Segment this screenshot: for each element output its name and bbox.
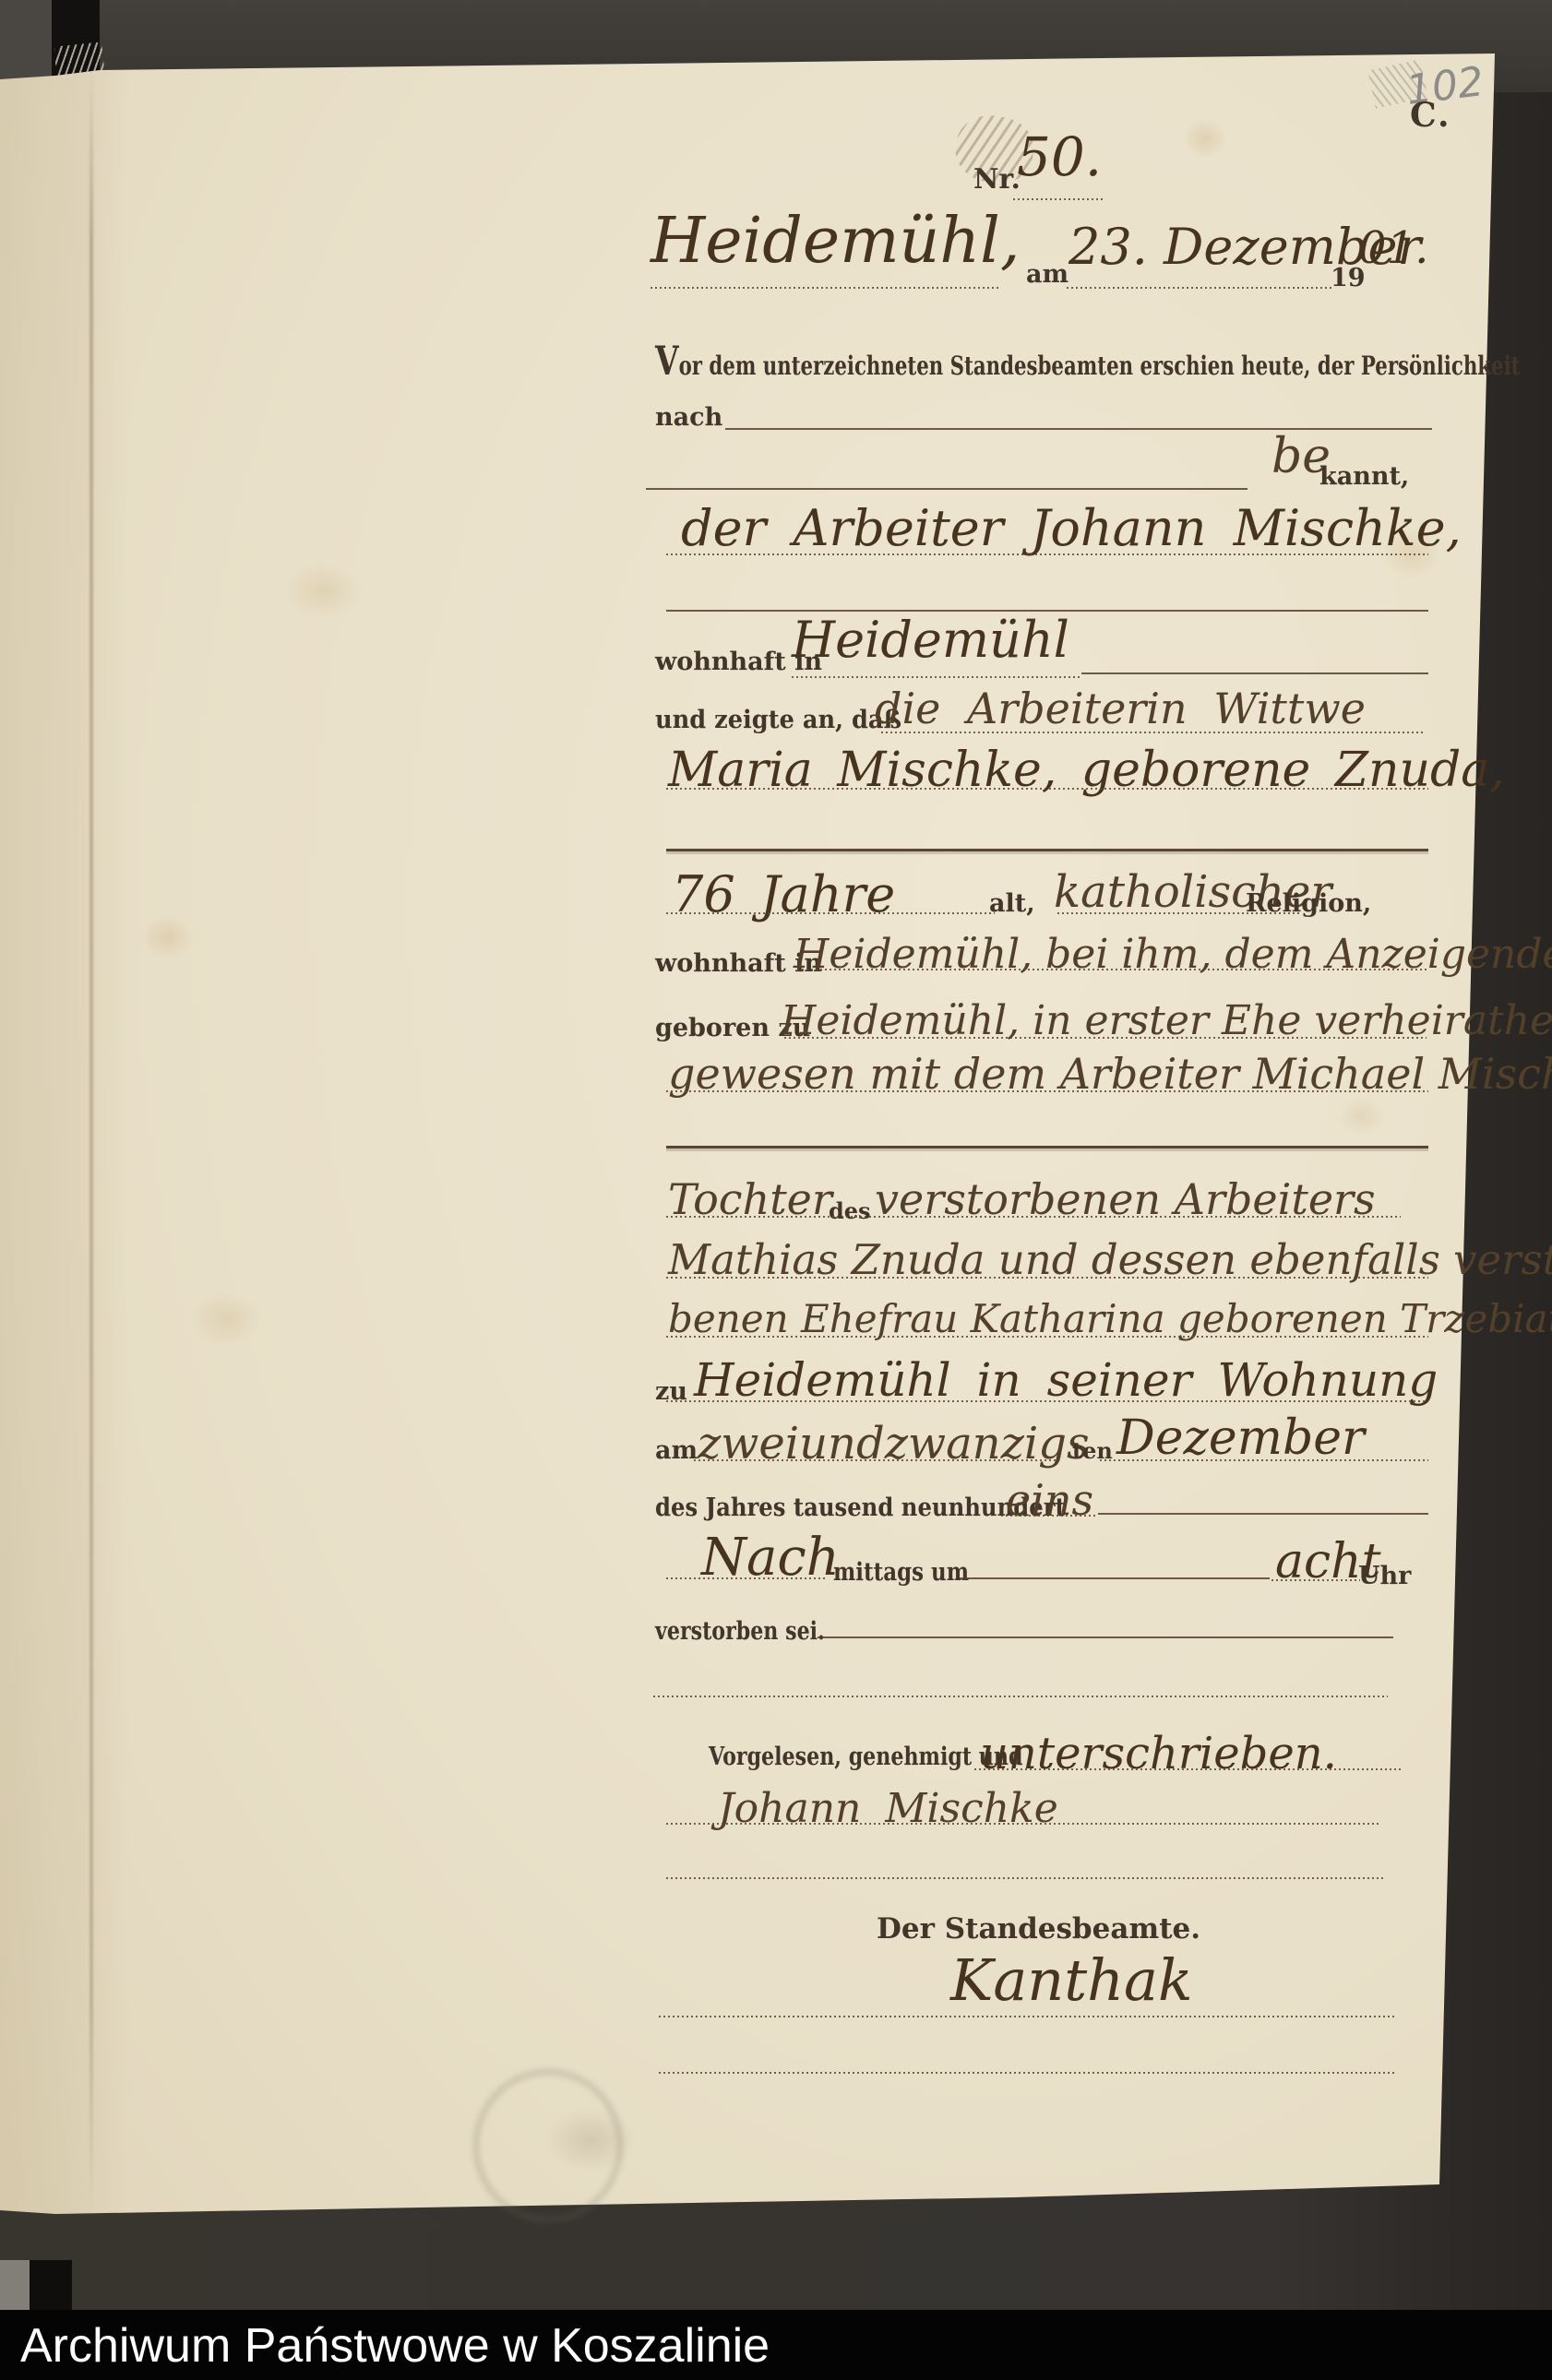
place-handwritten: Heidemühl, xyxy=(651,208,1021,274)
page-block-edge xyxy=(0,2260,30,2312)
archive-caption-text: Archiwum Państwowe w Koszalinie xyxy=(20,2314,770,2378)
rule-after-year-word xyxy=(1098,1513,1428,1515)
zeigte-an-label: und zeigte an, daß xyxy=(655,707,901,734)
religion-label: Religion, xyxy=(1246,890,1371,918)
printed-intro-line: Vor dem unterzeichneten Standesbeamten e… xyxy=(655,339,1520,384)
rule-under-parents-3 xyxy=(666,1336,1428,1338)
rule-blank-row-4 xyxy=(659,2072,1395,2074)
rule-under-marriage xyxy=(666,1090,1428,1092)
record-number-value: 50. xyxy=(1017,129,1102,185)
vorgelesen-label: Vorgelesen, genehmigt und xyxy=(709,1743,1022,1771)
parents-line2-handwritten: Mathias Znuda und dessen ebenfalls verst… xyxy=(668,1238,1552,1281)
declarant-handwritten: der Arbeiter Johann Mischke, xyxy=(681,503,1462,555)
rule-under-date xyxy=(1067,287,1332,289)
rule-under-birth xyxy=(784,1037,1427,1039)
rule-under-death-month xyxy=(1100,1459,1428,1461)
rule-after-residence-1 xyxy=(1081,672,1428,674)
rule-blank-row-2 xyxy=(653,1696,1388,1697)
kannt-label: kannt, xyxy=(1319,463,1409,491)
rule-bekannt-blank xyxy=(646,488,1248,490)
uhr-label: Uhr xyxy=(1358,1563,1411,1590)
record-number-label: Nr. xyxy=(973,164,1021,195)
rule-after-verstorben xyxy=(818,1636,1393,1638)
rule-under-death-place xyxy=(666,1400,1428,1402)
rule-under-age xyxy=(666,912,995,914)
rule-under-hour xyxy=(1271,1579,1360,1581)
rule-under-declarant xyxy=(666,553,1428,555)
page-fold-crease xyxy=(90,72,93,2210)
rule-under-deceased-1 xyxy=(881,732,1426,733)
cover-edge-shadow xyxy=(30,2260,72,2312)
book-cover-corner xyxy=(0,0,54,79)
rule-under-registrar-signature xyxy=(659,2016,1395,2017)
mittags-um-label: mittags um xyxy=(833,1559,969,1587)
faint-round-stamp xyxy=(472,2068,624,2223)
am-label: am xyxy=(1026,261,1068,289)
rule-under-declarant-signature xyxy=(666,1823,1379,1825)
alt-label: alt, xyxy=(989,890,1035,918)
rule-under-parents-2 xyxy=(666,1277,1428,1279)
rule-under-parents-1 xyxy=(666,1216,1401,1218)
death-place-handwritten: Heidemühl in seiner Wohnung xyxy=(694,1356,1438,1405)
des-label: des xyxy=(829,1199,871,1223)
death-month-handwritten: Dezember xyxy=(1116,1413,1365,1464)
am-label-2: am xyxy=(655,1437,698,1465)
section-letter: C. xyxy=(1410,98,1451,135)
registrar-signature: Kanthak xyxy=(950,1950,1193,2010)
rule-hour-blank xyxy=(960,1577,1270,1579)
rule-under-year-word xyxy=(1001,1515,1098,1517)
deceased-line1-handwritten: die Arbeiterin Wittwe xyxy=(875,686,1366,731)
scanned-death-record-page: 102 C. Nr. 50. Heidemühl, am 23. Dezembe… xyxy=(0,0,1552,2380)
year-handwritten: 01. xyxy=(1358,225,1428,271)
registrar-label: Der Standesbeamte. xyxy=(877,1913,1190,1945)
section-divider-1 xyxy=(666,849,1428,851)
verstorben-label: verstorben sei. xyxy=(655,1618,825,1646)
rule-under-death-day xyxy=(694,1459,1056,1461)
rule-blank-row-3 xyxy=(666,1877,1386,1879)
rule-under-record-number xyxy=(1013,198,1105,200)
binding-stitches xyxy=(54,42,104,79)
rule-before-mittags xyxy=(666,1577,828,1579)
section-divider-2 xyxy=(666,1146,1428,1148)
rule-under-residence-2 xyxy=(797,969,1427,970)
year-line-label: des Jahres tausend neunhundert xyxy=(655,1494,1066,1522)
residence-handwritten-1: Heidemühl xyxy=(792,614,1069,667)
rule-under-residence-1 xyxy=(792,676,1081,678)
rule-under-place xyxy=(651,287,999,289)
parents-line3-handwritten: benen Ehefrau Katharina geborenen Trzebi… xyxy=(668,1299,1552,1339)
rule-under-deceased-2 xyxy=(666,788,1428,790)
rule-under-unterschrieben xyxy=(974,1768,1401,1770)
nach-label: nach xyxy=(655,404,722,432)
